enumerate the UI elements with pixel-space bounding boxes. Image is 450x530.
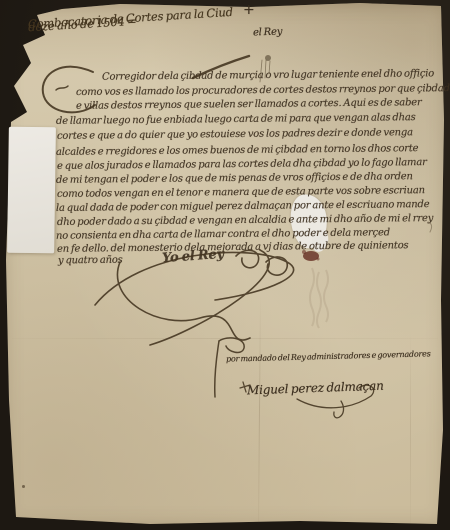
body-line-closing: y quatro años [58, 255, 123, 267]
heading-el-rey: el Rey [253, 26, 283, 38]
fold-crease-vertical-right [410, 330, 411, 524]
cross-invocation-mark: + [243, 2, 255, 18]
repair-patch-left-edge [7, 127, 56, 254]
pinhole-mark [22, 485, 25, 488]
fold-crease-horizontal [12, 338, 438, 339]
scanned-manuscript-photo: Combocatoria de Cortes para la Ciud doze… [0, 0, 450, 530]
